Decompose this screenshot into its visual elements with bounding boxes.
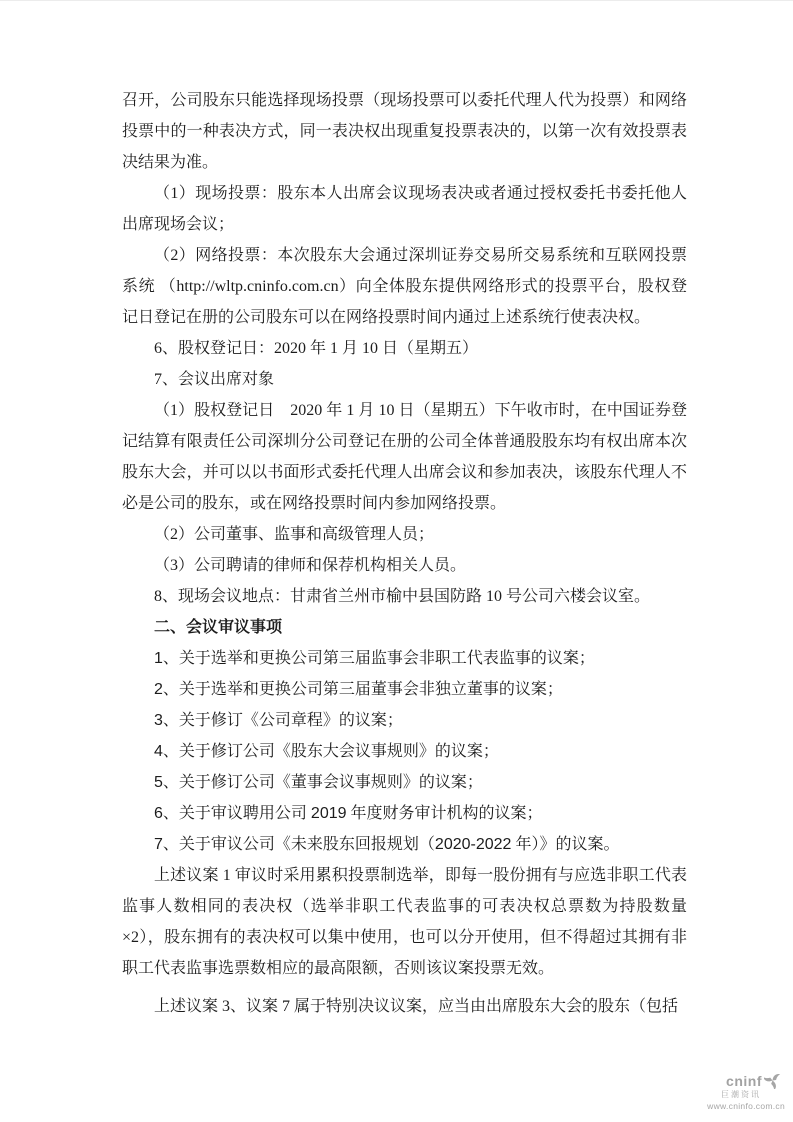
agenda-item-6: 6、关于审议聘用公司 2019 年度财务审计机构的议案； (122, 798, 687, 829)
text-run: （3）公司聘请的律师和保荐机构相关人员。 (154, 557, 466, 574)
para-attendees-1: （1）股权登记日 2020 年 1 月 10 日（星期五）下午收市时，在中国证券… (122, 395, 687, 519)
cninfo-logo-text: cninf (726, 1074, 762, 1088)
cninfo-website: www.cninfo.com.cn (707, 1102, 787, 1111)
text-run: 上述议案 3、议案 7 属于特别决议议案，应当由出席股东大会的股东（包括 (154, 998, 678, 1015)
agenda-item-5: 5、关于修订公司《董事会议事规则》的议案； (122, 767, 687, 798)
para-online-voting: （2）网络投票：本次股东大会通过深圳证券交易所交易系统和互联网投票系统 （htt… (122, 240, 687, 333)
text-run: 5、 (154, 774, 179, 791)
text-run: （2）网络投票：本次股东大会通过深圳证券交易所交易系统和互联网投票系统 （htt… (122, 247, 687, 326)
cninfo-logo-row: cninf (707, 1072, 787, 1089)
text-run: （2）公司董事、监事和高级管理人员； (154, 526, 434, 543)
para-onsite-voting: （1）现场投票：股东本人出席会议现场表决或者通过授权委托书委托他人出席现场会议； (122, 178, 687, 240)
text-run: 关于修订公司《董事会议事规则》的议案； (179, 774, 483, 791)
document-body: 召开，公司股东只能选择现场投票（现场投票可以委托代理人代为投票）和网络投票中的一… (122, 85, 687, 1022)
text-run: 年度财务审计机构的议案； (347, 805, 543, 822)
document-page: 召开，公司股东只能选择现场投票（现场投票可以委托代理人代为投票）和网络投票中的一… (0, 0, 793, 1122)
text-run: 1、 (154, 650, 179, 667)
para-record-date: 6、股权登记日：2020 年 1 月 10 日（星期五） (122, 333, 687, 364)
text-run: 上述议案 1 审议时采用累积投票制选举，即每一股份拥有与应选非职工代表监事人数相… (122, 867, 687, 977)
text-run: 7、 (154, 836, 179, 853)
text-run: 关于修订《公司章程》的议案； (179, 712, 403, 729)
text-run: （1）股权登记日 2020 年 1 月 10 日（星期五）下午收市时，在中国证券… (122, 402, 687, 512)
para-attendees-3: （3）公司聘请的律师和保荐机构相关人员。 (122, 550, 687, 581)
text-run: 年）》的议案。 (511, 836, 619, 853)
text-run: 二、会议审议事项 (154, 619, 282, 636)
text-run: 关于修订公司《股东大会议事规则》的议案； (179, 743, 499, 760)
para-vote-method: 召开，公司股东只能选择现场投票（现场投票可以委托代理人代为投票）和网络投票中的一… (122, 85, 687, 178)
cninfo-chinese-name: 巨潮资讯 (707, 1091, 787, 1099)
text-run: 7、会议出席对象 (154, 371, 274, 388)
section-heading-agenda: 二、会议审议事项 (122, 612, 687, 643)
text-run: 关于选举和更换公司第三届董事会非独立董事的议案； (179, 681, 563, 698)
agenda-item-1: 1、关于选举和更换公司第三届监事会非职工代表监事的议案； (122, 643, 687, 674)
text-run: 2020-2022 (435, 836, 512, 853)
para-attendees-2: （2）公司董事、监事和高级管理人员； (122, 519, 687, 550)
text-run: 关于审议公司《未来股东回报规划（ (179, 836, 435, 853)
text-run: （1）现场投票：股东本人出席会议现场表决或者通过授权委托书委托他人出席现场会议； (122, 185, 687, 233)
cninfo-swirl-icon (764, 1072, 781, 1089)
agenda-item-4: 4、关于修订公司《股东大会议事规则》的议案； (122, 736, 687, 767)
text-run: 6、股权登记日：2020 年 1 月 10 日（星期五） (154, 340, 478, 357)
text-run: 关于选举和更换公司第三届监事会非职工代表监事的议案； (179, 650, 595, 667)
text-run: 3、 (154, 712, 179, 729)
text-run: 2、 (154, 681, 179, 698)
agenda-item-7: 7、关于审议公司《未来股东回报规划（2020-2022 年）》的议案。 (122, 829, 687, 860)
text-run: 8、现场会议地点：甘肃省兰州市榆中县国防路 10 号公司六楼会议室。 (154, 588, 650, 605)
text-run: 6、 (154, 805, 179, 822)
agenda-item-2: 2、关于选举和更换公司第三届董事会非独立董事的议案； (122, 674, 687, 705)
cninfo-brand: cninf 巨潮资讯 www.cninfo.com.cn (707, 1072, 787, 1111)
text-run: 2019 (311, 805, 347, 822)
para-special-resolution: 上述议案 3、议案 7 属于特别决议议案，应当由出席股东大会的股东（包括 (122, 991, 687, 1022)
text-run: 4、 (154, 743, 179, 760)
para-cumulative-voting: 上述议案 1 审议时采用累积投票制选举，即每一股份拥有与应选非职工代表监事人数相… (122, 860, 687, 984)
para-venue: 8、现场会议地点：甘肃省兰州市榆中县国防路 10 号公司六楼会议室。 (122, 581, 687, 612)
para-attendees-title: 7、会议出席对象 (122, 364, 687, 395)
agenda-item-3: 3、关于修订《公司章程》的议案； (122, 705, 687, 736)
text-run: 召开，公司股东只能选择现场投票（现场投票可以委托代理人代为投票）和网络投票中的一… (122, 92, 687, 171)
text-run: 关于审议聘用公司 (179, 805, 311, 822)
